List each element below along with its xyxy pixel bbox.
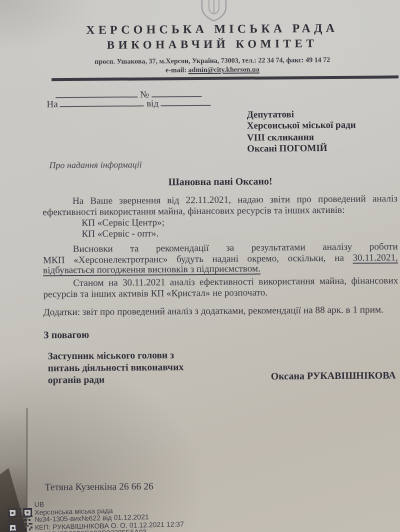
- scanned-letter-page: ХЕРСОНСЬКА МІСЬКА РАДА ВИКОНАВЧИЙ КОМІТЕ…: [0, 0, 400, 532]
- stamp-text-block: UB Херсонська міська рада №34-1305-вих№6…: [34, 497, 255, 532]
- registration-stamp: UB Херсонська міська рада №34-1305-вих№6…: [0, 0, 400, 532]
- qr-code-icon: [7, 508, 33, 532]
